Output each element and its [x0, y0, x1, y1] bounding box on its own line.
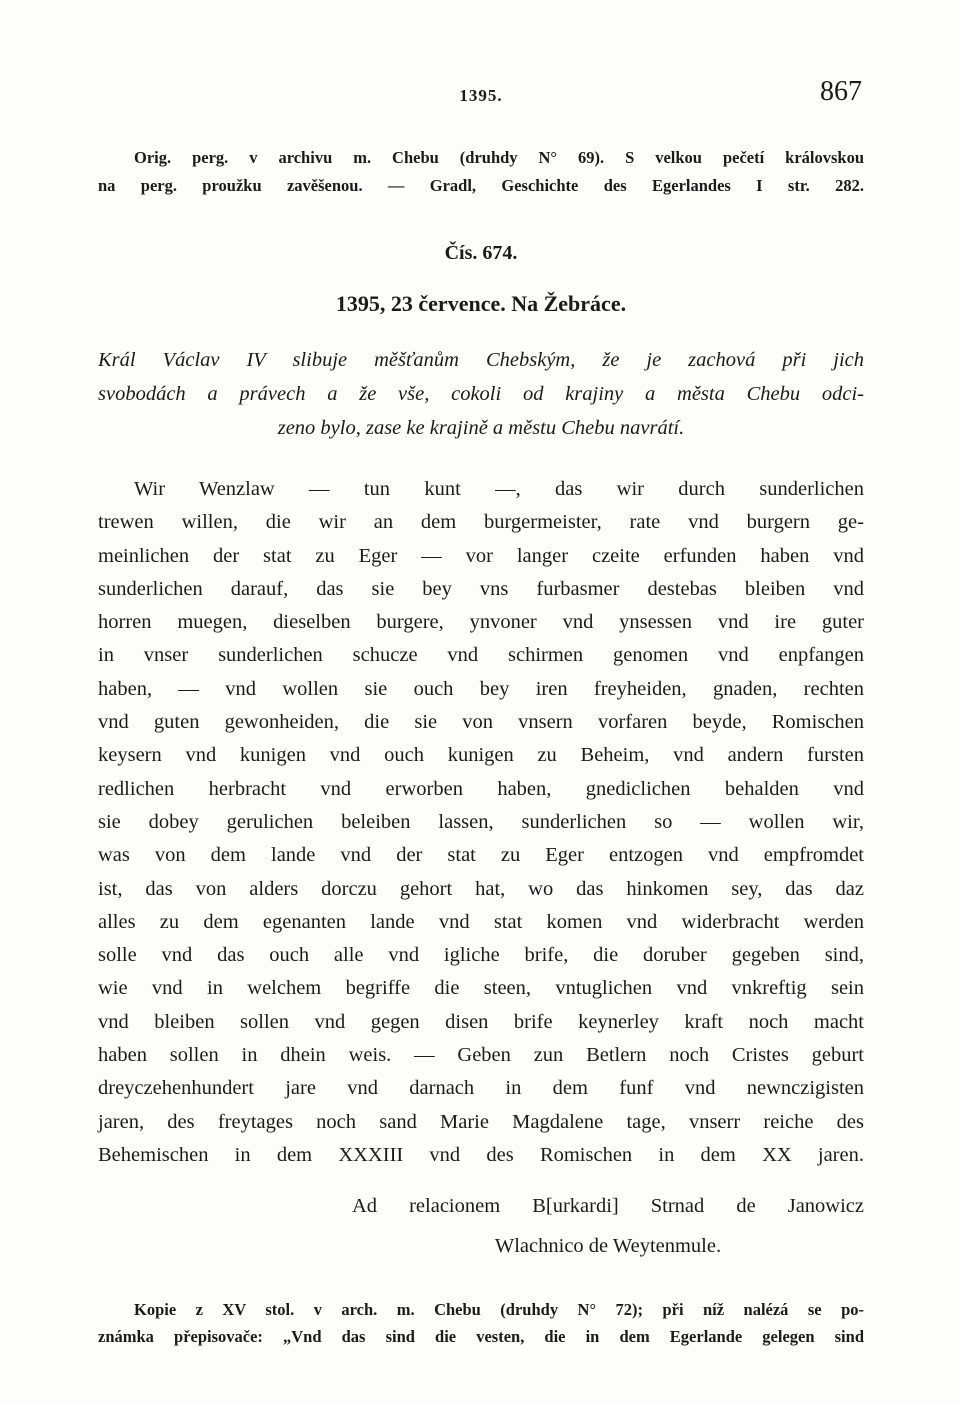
subscription-line-2: Wlachnico de Weytenmule.: [352, 1226, 864, 1266]
footnote: Kopie z XV stol. v arch. m. Chebu (druhd…: [98, 1296, 864, 1350]
body-line: keysern vnd kunigen vnd ouch kunigen zu …: [98, 739, 864, 772]
body-line: sunderlichen darauf, das sie bey vns fur…: [98, 573, 864, 606]
body-line: sie dobey gerulichen beleiben lassen, su…: [98, 806, 864, 839]
footnote-line: známka přepisovače: „Vnd das sind die ve…: [98, 1323, 864, 1350]
body-line: dreyczehenhundert jare vnd darnach in de…: [98, 1072, 864, 1105]
body-line: haben, — vnd wollen sie ouch bey iren fr…: [98, 673, 864, 706]
body-line: haben sollen in dhein weis. — Geben zun …: [98, 1039, 864, 1072]
body-line: wie vnd in welchem begriffe die steen, v…: [98, 972, 864, 1005]
regest-summary: Král Václav IV slibuje měšťanům Chebským…: [98, 343, 864, 445]
body-line: horren muegen, dieselben burgere, ynvone…: [98, 606, 864, 639]
body-line: meinlichen der stat zu Eger — vor langer…: [98, 540, 864, 573]
body-line: vnd bleiben sollen vnd gegen disen brife…: [98, 1006, 864, 1039]
page-number: 867: [820, 76, 862, 108]
body-line: jaren, des freytages noch sand Marie Mag…: [98, 1106, 864, 1139]
page-header: 1395. 867: [98, 84, 864, 118]
charter-number-heading: Čís. 674.: [98, 242, 864, 265]
body-line: Behemischen in dem XXXIII vnd des Romisc…: [98, 1139, 864, 1172]
charter-date-heading: 1395, 23 července. Na Žebráce.: [98, 291, 864, 317]
charter-body: Wir Wenzlaw — tun kunt —, das wir durch …: [98, 473, 864, 1172]
provenance-line: Orig. perg. v archivu m. Chebu (druhdy N…: [98, 144, 864, 172]
body-line: alles zu dem egenanten lande vnd stat ko…: [98, 906, 864, 939]
book-page: 1395. 867 Orig. perg. v archivu m. Chebu…: [0, 0, 960, 1405]
regest-line: zeno bylo, zase ke krajině a městu Chebu…: [98, 411, 864, 445]
subscription-block: Ad relacionem B[urkardi] Strnad de Janow…: [352, 1186, 864, 1266]
regest-line: Král Václav IV slibuje měšťanům Chebským…: [98, 343, 864, 377]
provenance-note: Orig. perg. v archivu m. Chebu (druhdy N…: [98, 144, 864, 200]
body-line: in vnser sunderlichen schucze vnd schirm…: [98, 639, 864, 672]
running-head-year: 1395.: [459, 86, 502, 106]
body-line: Wir Wenzlaw — tun kunt —, das wir durch …: [98, 473, 864, 506]
footnote-line: Kopie z XV stol. v arch. m. Chebu (druhd…: [98, 1296, 864, 1323]
provenance-line: na perg. proužku zavěšenou. — Gradl, Ges…: [98, 172, 864, 200]
regest-line: svobodách a právech a že vše, cokoli od …: [98, 377, 864, 411]
body-line: trewen willen, die wir an dem burgermeis…: [98, 506, 864, 539]
body-line: was von dem lande vnd der stat zu Eger e…: [98, 839, 864, 872]
body-line: redlichen herbracht vnd erworben haben, …: [98, 773, 864, 806]
body-line: vnd guten gewonheiden, die sie von vnser…: [98, 706, 864, 739]
body-line: solle vnd das ouch alle vnd igliche brif…: [98, 939, 864, 972]
body-line: ist, das von alders dorczu gehort hat, w…: [98, 873, 864, 906]
subscription-line-1: Ad relacionem B[urkardi] Strnad de Janow…: [352, 1186, 864, 1226]
